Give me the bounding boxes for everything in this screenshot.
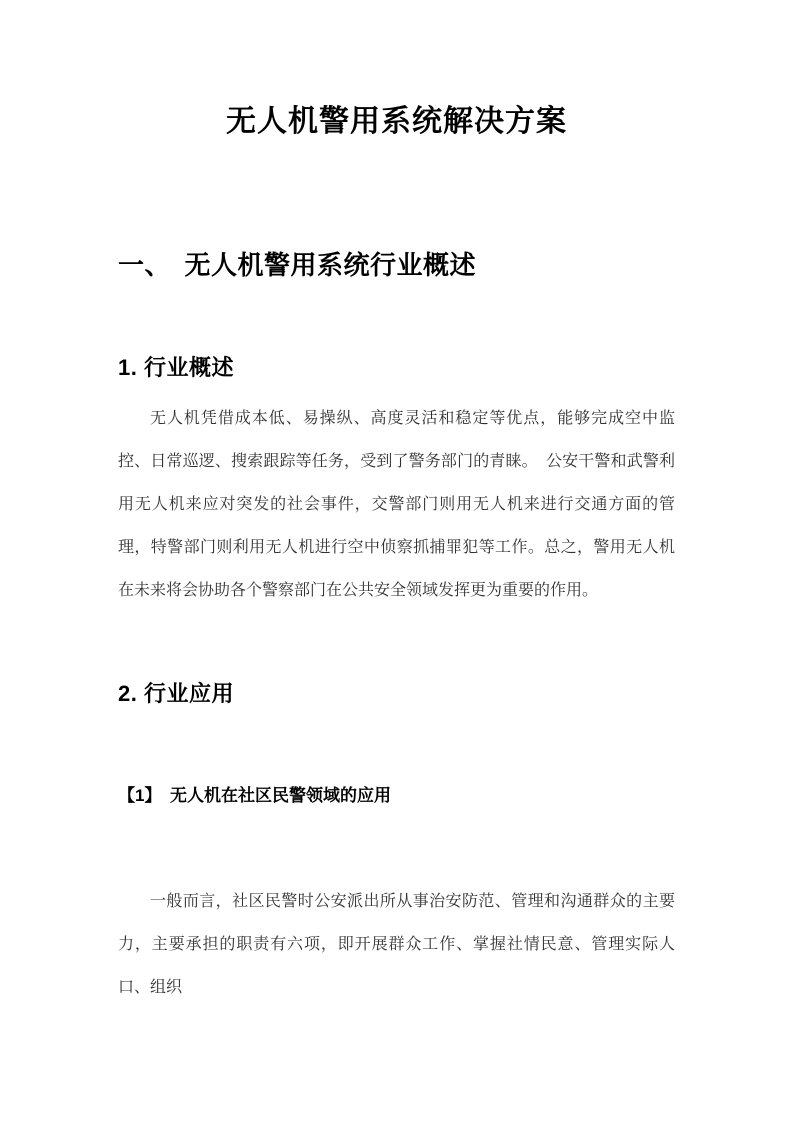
section-heading-industry-overview: 一、 无人机警用系统行业概述 xyxy=(118,250,675,281)
subsection-heading-application: 2. 行业应用 xyxy=(118,680,675,707)
subsection-heading-overview: 1. 行业概述 xyxy=(118,354,675,381)
document-title: 无人机警用系统解决方案 xyxy=(118,104,675,140)
paragraph-community-police: 一般而言，社区民警时公安派出所从事治安防范、管理和沟通群众的主要力，主要承担的职… xyxy=(118,880,675,1009)
paragraph-industry-overview: 无人机凭借成本低、易操纵、高度灵活和稳定等优点，能够完成空中监控、日常巡逻、搜索… xyxy=(118,397,675,612)
item-heading-community-police: 【1】 无人机在社区民警领域的应用 xyxy=(118,784,675,807)
document-page: 无人机警用系统解决方案 一、 无人机警用系统行业概述 1. 行业概述 无人机凭借… xyxy=(0,0,793,1122)
